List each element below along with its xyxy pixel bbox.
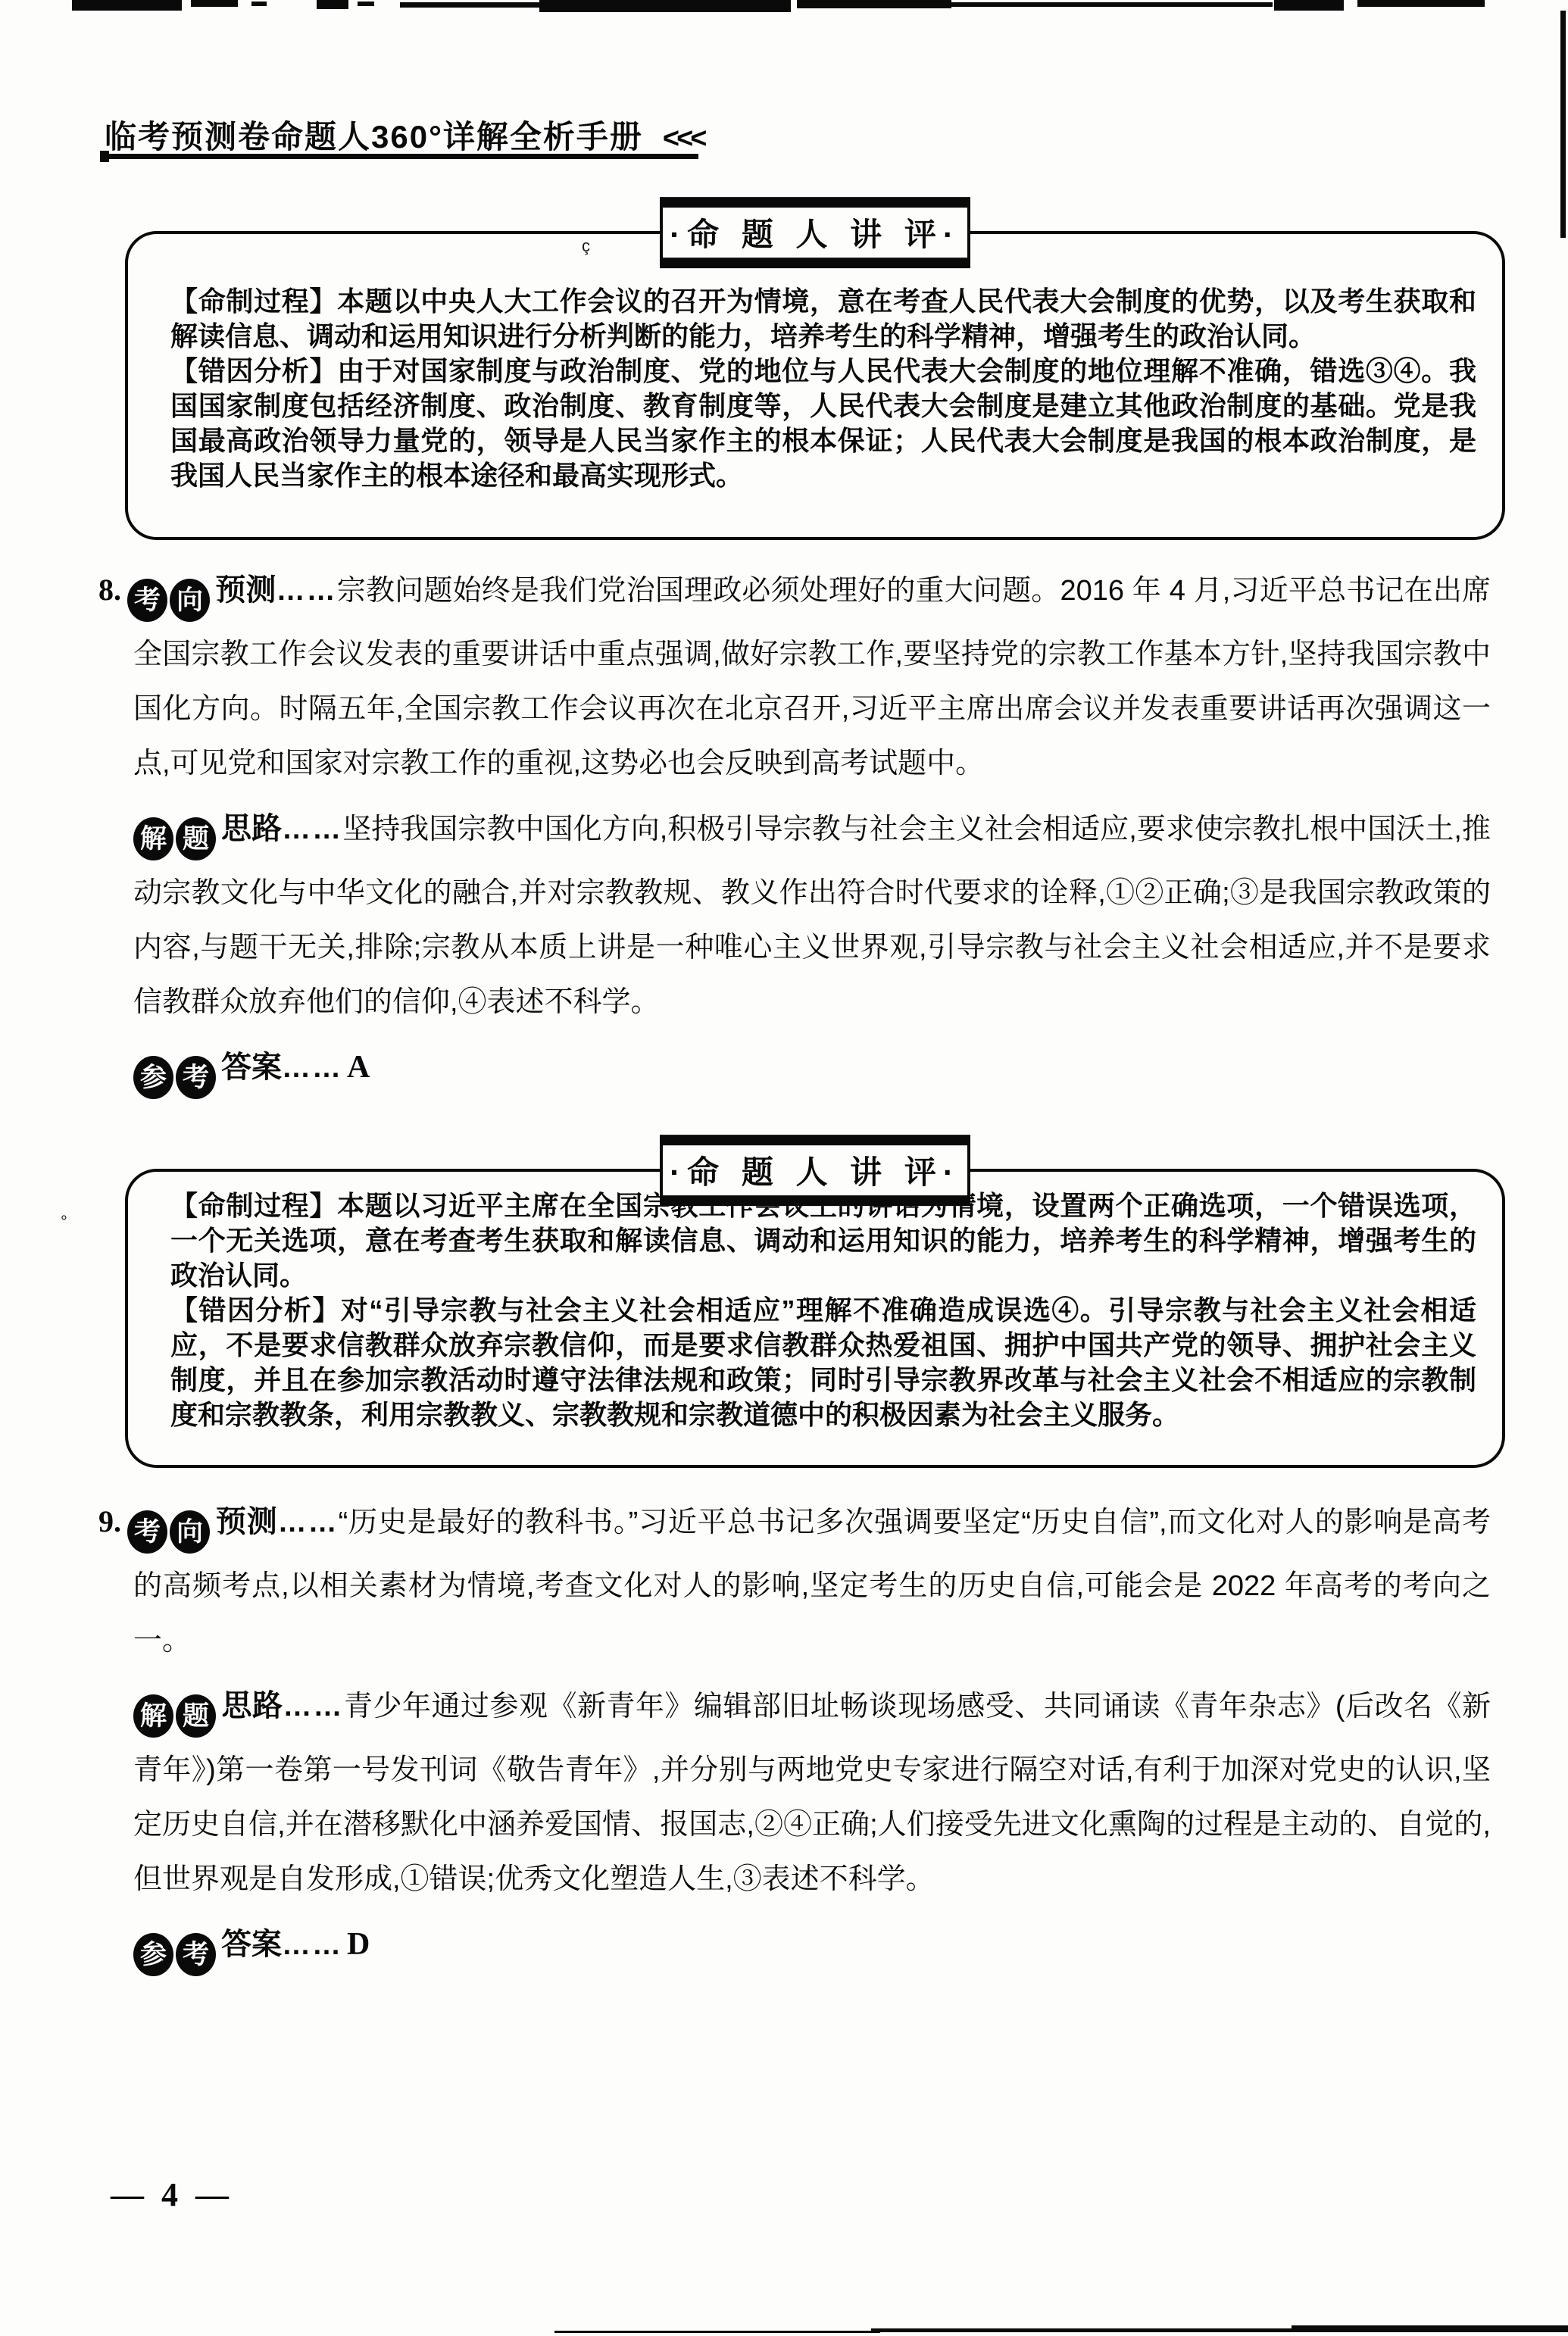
question-9: 9.考向预测……“历史是最好的教科书。”习近平总书记多次强调要坚定“历史自信”,… xyxy=(98,1494,1491,1982)
prediction-badge: 考向 xyxy=(127,573,212,627)
process-text: 本题以中央人大工作会议的召开为情境，意在考查人民代表大会制度的优势，以及考生获取… xyxy=(170,286,1476,351)
page-number: — 4 — xyxy=(111,2175,233,2214)
error-analysis-label: 【错因分析】 xyxy=(170,1294,341,1326)
badge-char: 题 xyxy=(176,817,216,860)
prediction-paragraph: 9.考向预测……“历史是最好的教科书。”习近平总书记多次强调要坚定“历史自信”,… xyxy=(133,1494,1491,1668)
process-label: 【命制过程】 xyxy=(170,286,337,317)
answer-paragraph: 参考答案……D xyxy=(133,1917,1491,1982)
prediction-text: 宗教问题始终是我们党治国理政必须处理好的重大问题。2016 年 4 月,习近平总… xyxy=(133,575,1491,779)
badge-char: 考 xyxy=(176,1056,216,1099)
dot-leader: …… xyxy=(278,1507,339,1538)
dot-leader: …… xyxy=(282,1052,342,1084)
commentator-review-box-1: ·命 题 人 讲 评· 【命制过程】本题以中央人大工作会议的召开为情境，意在考查… xyxy=(125,231,1505,540)
prediction-badge: 考向 xyxy=(127,1504,212,1559)
question-8: 8.考向预测……宗教问题始终是我们党治国理政必须处理好的重大问题。2016 年 … xyxy=(98,563,1491,1104)
header-arrows-icon: <<< xyxy=(663,123,704,155)
badge-char: 题 xyxy=(176,1694,216,1738)
answer-value: A xyxy=(342,1050,370,1085)
process-paragraph: 【命制过程】本题以中央人大工作会议的召开为情境，意在考查人民代表大会制度的优势，… xyxy=(170,284,1476,354)
badge-char: 解 xyxy=(133,1694,173,1738)
solution-paragraph: 解题思路……坚持我国宗教中国化方向,积极引导宗教与社会主义社会相适应,要求使宗教… xyxy=(133,801,1491,1029)
scan-speck: ç xyxy=(582,236,590,256)
answer-value: D xyxy=(342,1927,370,1962)
error-analysis-label: 【错因分析】 xyxy=(170,355,337,386)
box-title-text: ·命 题 人 讲 评· xyxy=(670,210,960,255)
commentator-review-title-1: ·命 题 人 讲 评· xyxy=(660,197,970,268)
badge-char: 向 xyxy=(170,579,210,622)
prediction-label: 预测 xyxy=(212,1505,278,1538)
answer-badge: 参考 xyxy=(133,1050,218,1104)
solution-label: 思路 xyxy=(218,812,282,845)
dot-leader: …… xyxy=(283,1691,344,1722)
badge-char: 解 xyxy=(133,817,173,860)
badge-char: 考 xyxy=(127,579,167,622)
question-number: 8. xyxy=(98,573,127,607)
commentary-body-2: 【命制过程】本题以习近平主席在全国宗教工作会议上的讲话为情境，设置两个正确选项，… xyxy=(128,1172,1502,1432)
error-analysis-text: 由于对国家制度与政治制度、党的地位与人民代表大会制度的地位理解不准确，错选③④。… xyxy=(170,355,1476,491)
solution-badge: 解题 xyxy=(133,811,218,866)
commentator-review-box-2: ·命 题 人 讲 评· 【命制过程】本题以习近平主席在全国宗教工作会议上的讲话为… xyxy=(125,1169,1505,1468)
error-analysis-paragraph: 【错因分析】由于对国家制度与政治制度、党的地位与人民代表大会制度的地位理解不准确… xyxy=(170,354,1476,493)
question-number: 9. xyxy=(98,1504,127,1538)
scan-speck: ° xyxy=(61,1212,67,1232)
answer-badge: 参考 xyxy=(133,1927,218,1982)
badge-char: 向 xyxy=(170,1510,210,1554)
badge-char: 参 xyxy=(133,1933,173,1976)
dot-leader: …… xyxy=(282,814,342,845)
badge-char: 考 xyxy=(176,1933,216,1976)
solution-label: 思路 xyxy=(218,1689,283,1722)
answer-label: 答案 xyxy=(218,1928,282,1961)
prediction-paragraph: 8.考向预测……宗教问题始终是我们党治国理政必须处理好的重大问题。2016 年 … xyxy=(133,563,1491,791)
scanned-handbook-page: 临考预测卷命题人360°详解全析手册<<< ·命 题 人 讲 评· 【命制过程】… xyxy=(0,0,1568,2336)
page-header: 临考预测卷命题人360°详解全析手册<<< xyxy=(105,112,704,158)
process-label: 【命制过程】 xyxy=(170,1190,337,1221)
solution-paragraph: 解题思路……青少年通过参观《新青年》编辑部旧址畅谈现场感受、共同诵读《青年杂志》… xyxy=(133,1679,1491,1907)
commentator-review-title-2: ·命 题 人 讲 评· xyxy=(660,1135,970,1206)
commentary-body-1: 【命制过程】本题以中央人大工作会议的召开为情境，意在考查人民代表大会制度的优势，… xyxy=(128,234,1502,493)
solution-badge: 解题 xyxy=(133,1688,218,1743)
header-rule xyxy=(102,154,698,159)
handbook-title: 临考预测卷命题人360°详解全析手册 xyxy=(105,119,643,155)
dot-leader: …… xyxy=(276,575,337,607)
answer-label: 答案 xyxy=(218,1051,282,1084)
dot-leader: …… xyxy=(282,1929,342,1961)
badge-char: 考 xyxy=(127,1510,167,1554)
error-analysis-paragraph: 【错因分析】对“引导宗教与社会主义社会相适应”理解不准确造成误选④。引导宗教与社… xyxy=(170,1293,1476,1432)
error-analysis-text: 对“引导宗教与社会主义社会相适应”理解不准确造成误选④。引导宗教与社会主义社会相… xyxy=(170,1294,1476,1430)
scan-artifact-right-edge xyxy=(1560,11,1566,238)
badge-char: 参 xyxy=(133,1056,173,1099)
answer-paragraph: 参考答案……A xyxy=(133,1040,1491,1104)
box-title-text: ·命 题 人 讲 评· xyxy=(670,1148,960,1193)
prediction-label: 预测 xyxy=(212,573,276,607)
